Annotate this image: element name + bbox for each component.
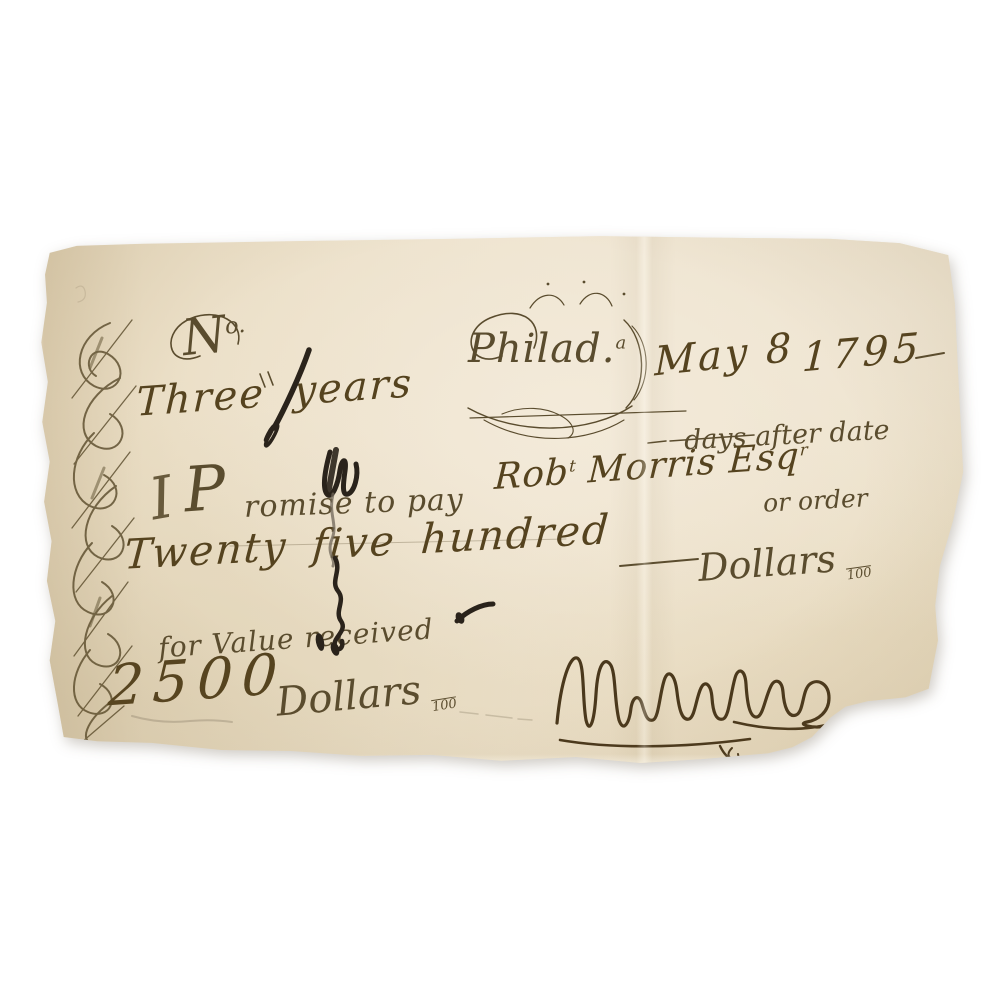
torn-edge-fray-bottom [51,754,816,770]
paper-crease [610,228,675,770]
dollars-label: Dollars100 [697,534,873,593]
payee-pre: Rob [493,452,570,498]
no-main: N [179,305,229,367]
promise-capital-i: I [144,463,178,534]
paper-shadow: No. Philad.a May 8 1795 Three years days… [0,0,1000,1000]
no-sup: o. [224,312,247,340]
payee-entry: Robt Morris Esqr [493,435,808,498]
dollars-label-2: Dollars100 [274,664,458,728]
or-order-label: or order [762,483,868,517]
place-dateline: Philad.a [468,326,626,372]
payee-rest: Morris Esq [574,435,800,492]
term-entry: Three years [136,360,414,426]
dollars-cents-fraction: 100 [846,565,873,584]
photo-background: No. Philad.a May 8 1795 Three years days… [0,0,1000,1000]
dollars2-word: Dollars [274,667,423,725]
place-main: Philad. [468,326,615,372]
promise-capital-p: P [182,451,229,527]
date-year: 1795 [801,324,925,381]
amount-figures-entry: 2500 [107,642,289,720]
place-sup: a [615,333,626,354]
torn-edge-fray-left [32,250,44,749]
dollars-word: Dollars [697,536,838,590]
promissory-note-paper: No. Philad.a May 8 1795 Three years days… [32,228,965,770]
note-number-label: No. [179,303,249,367]
payee-sup-r: r [799,440,808,460]
date-month-day: May 8 [654,325,794,386]
signature-scribble [557,658,883,765]
dollars2-cents-fraction: 100 [431,696,458,715]
